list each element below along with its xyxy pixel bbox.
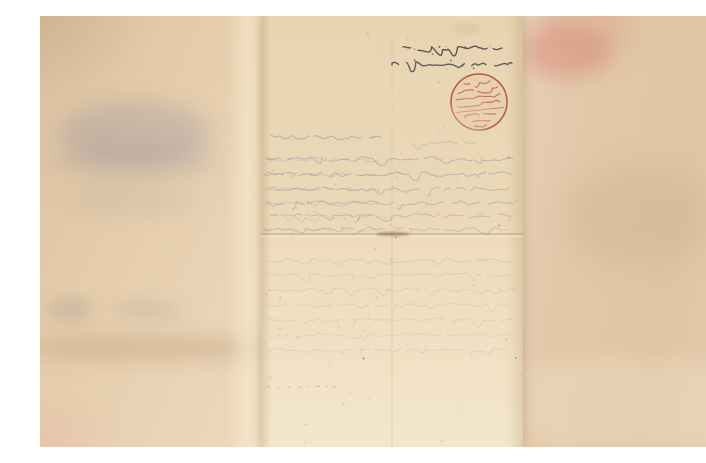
manuscript-page <box>261 16 523 447</box>
blurred-fold-shadow <box>40 336 261 360</box>
blurred-light-band <box>523 361 706 447</box>
blurred-page-edge-highlight <box>236 16 261 447</box>
header-script <box>392 46 512 72</box>
blurred-ink-smudge <box>65 188 195 214</box>
paper-smudge <box>451 23 481 35</box>
blurred-stamp-smudge <box>523 24 611 79</box>
upper-body-script <box>263 133 513 235</box>
ottoman-seal-stamp <box>444 71 510 139</box>
article-image <box>40 16 706 447</box>
blurred-backdrop-right <box>523 16 706 447</box>
blurred-backdrop-left <box>40 16 261 447</box>
blurred-ink-smudge <box>112 302 182 318</box>
blurred-paper-cloud <box>563 166 706 266</box>
blurred-ink-smudge <box>48 299 93 321</box>
lower-body-script <box>267 257 515 355</box>
annotation-marks <box>267 386 336 388</box>
blurred-ink-smudge <box>52 144 217 178</box>
manuscript-ink-layer <box>261 16 523 447</box>
